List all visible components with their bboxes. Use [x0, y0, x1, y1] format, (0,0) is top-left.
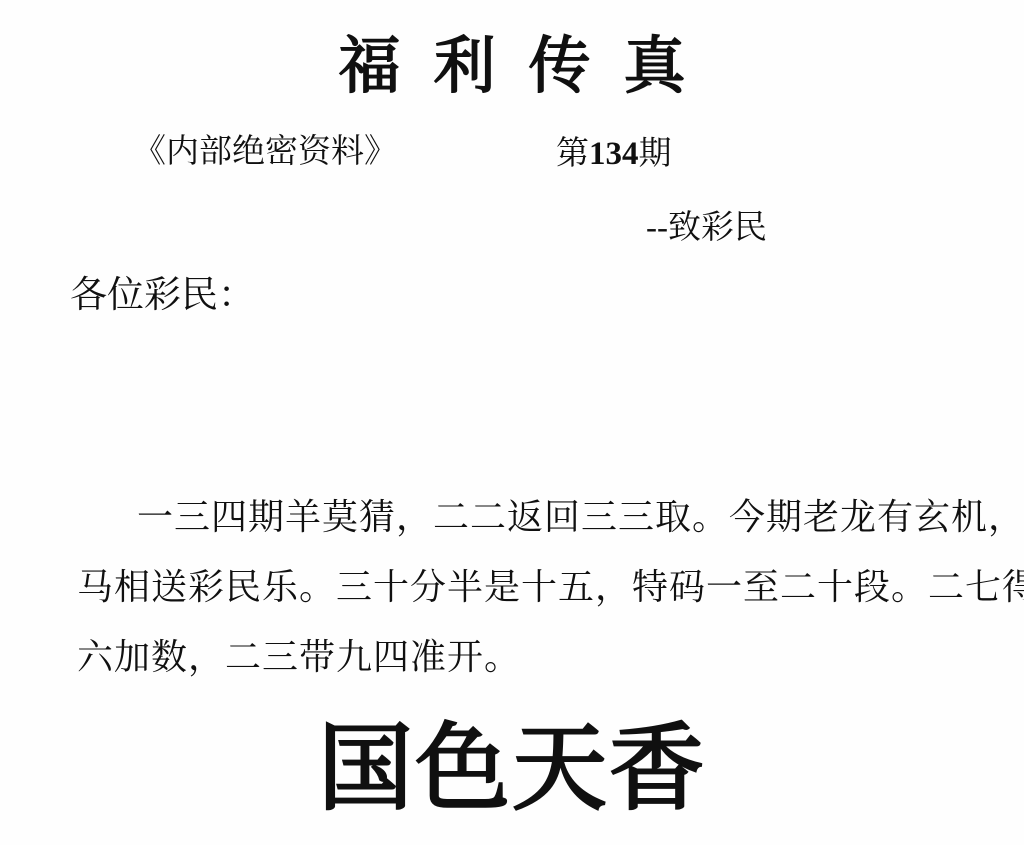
issue-label: 第134期 [556, 127, 672, 174]
document-title: 福利传真 [0, 16, 1024, 105]
issue-number: 134 [589, 136, 639, 172]
classification-label: 《内部绝密资料》 [133, 125, 397, 172]
issue-suffix: 期 [639, 136, 672, 172]
issue-prefix: 第 [556, 136, 589, 172]
verse-line-2: 马相送彩民乐。三十分半是十五，特码一至二十段。二七得三 [77, 552, 1007, 622]
footer-slogan: 国色天香 [0, 693, 1024, 829]
verse-line-3: 六加数，二三带九四准开。 [77, 622, 1007, 692]
salutation-line: 各位彩民： [70, 264, 255, 318]
verse-line-1: 一三四期羊莫猜，二二返回三三取。今期老龙有玄机，好 [77, 482, 1007, 552]
fax-document-page: 福利传真 《内部绝密资料》 第134期 --致彩民 各位彩民： 一三四期羊莫猜，… [0, 0, 1024, 845]
verse-paragraph: 一三四期羊莫猜，二二返回三三取。今期老龙有玄机，好 马相送彩民乐。三十分半是十五… [77, 482, 1007, 692]
dedication-line: --致彩民 [646, 201, 767, 248]
